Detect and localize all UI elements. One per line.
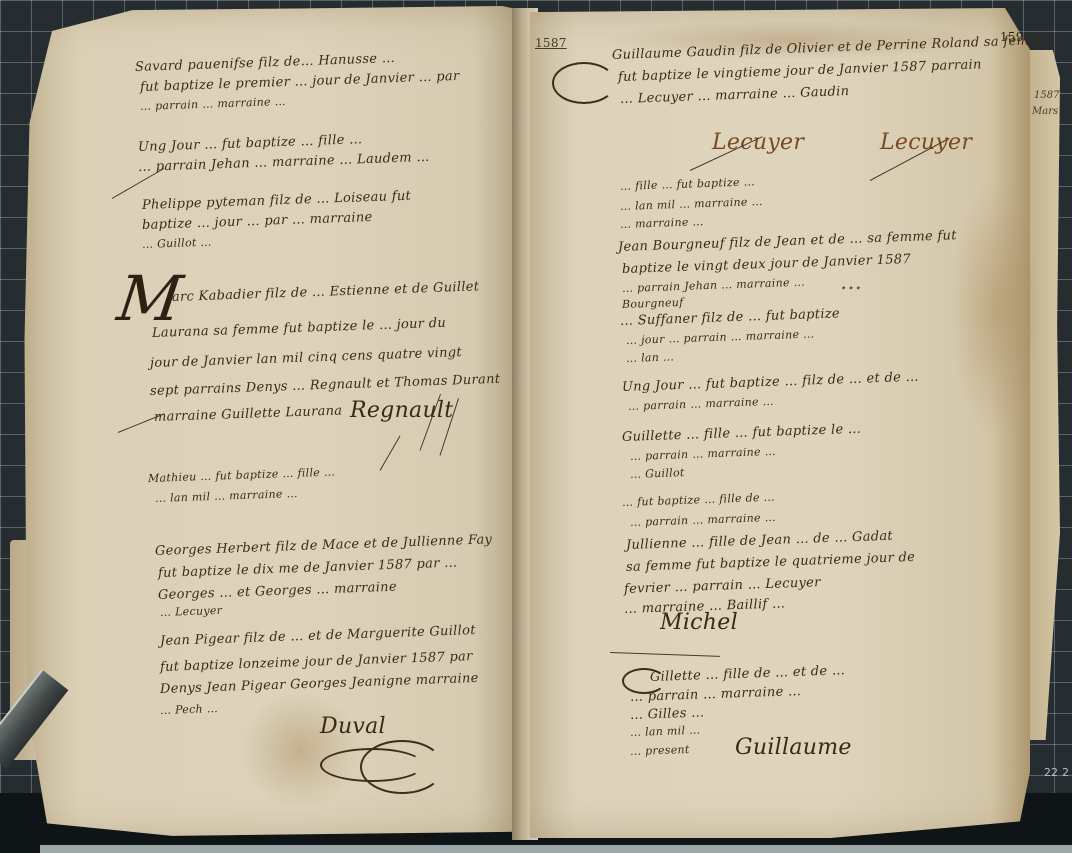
signature: Michel — [660, 610, 738, 635]
signature: … — [840, 270, 862, 295]
handwritten-line: Bourgneuf — [622, 296, 684, 311]
signature: Guillaume — [735, 735, 852, 760]
signature: Lecuyer — [712, 130, 804, 155]
handwritten-line: … Guillot — [630, 466, 685, 481]
table-edge — [40, 845, 1072, 853]
handwritten-line: … Guillot … — [142, 236, 212, 251]
handwritten-line: … Lecuyer — [160, 604, 223, 619]
initial-flourish — [552, 62, 616, 104]
handwritten-line: … Gilles … — [630, 705, 705, 723]
handwritten-line: … lan … — [626, 350, 675, 365]
leaf-fragment: 1587 — [1034, 90, 1059, 101]
mat-grid-number: 22 — [1044, 766, 1058, 779]
leaf-fragment: Mars — [1032, 106, 1058, 117]
handwritten-line: … Pech … — [160, 702, 218, 717]
handwritten-line: … lan mil … — [630, 724, 701, 739]
handwritten-line: … present — [630, 743, 690, 758]
signature-paraph — [360, 740, 444, 794]
year-heading: 1587 — [535, 36, 567, 50]
signature: Duval — [320, 714, 386, 739]
signature: Lecuyer — [880, 130, 972, 155]
mat-grid-number: 2 — [1062, 766, 1069, 779]
water-stain — [950, 180, 1040, 440]
